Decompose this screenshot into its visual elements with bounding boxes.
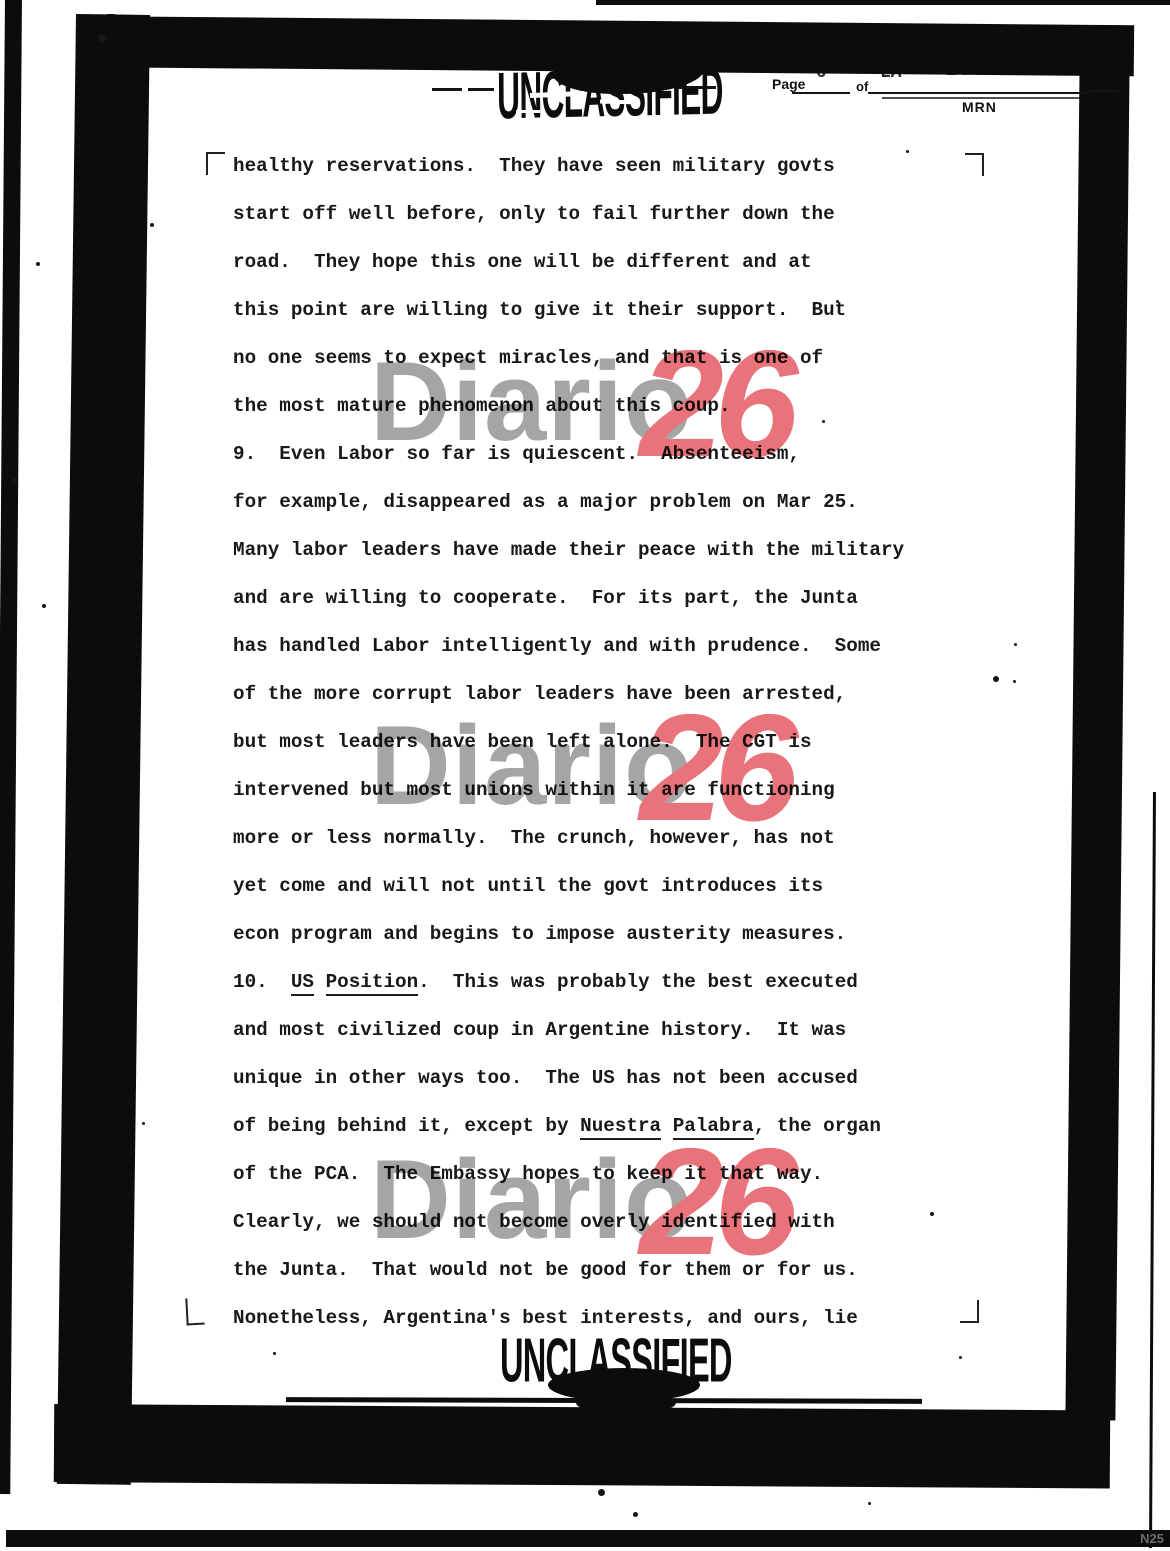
document-line: and are willing to cooperate. For its pa… (233, 574, 953, 622)
scan-speck (633, 1512, 638, 1517)
crop-mark-bottom-right (960, 1300, 979, 1323)
scan-border-right (1065, 25, 1130, 1420)
document-line: econ program and begins to impose auster… (233, 910, 953, 958)
scan-edge-stripe-left (0, 0, 22, 1494)
scan-border-bottom (54, 1404, 1110, 1488)
ink-blot (576, 1392, 676, 1414)
scan-edge-mark: N25 (1140, 1532, 1164, 1545)
scan-speck (930, 1212, 934, 1216)
page-number-blank-line (792, 92, 850, 94)
scan-bottom-bar: N25 (6, 1530, 1170, 1547)
scan-speck (36, 262, 40, 266)
document-line: has handled Labor intelligently and with… (233, 622, 953, 670)
document-line: start off well before, only to fail furt… (233, 190, 953, 238)
header-dash (468, 88, 494, 91)
document-line: unique in other ways too. The US has not… (233, 1054, 953, 1102)
document-line: of the PCA. The Embassy hopes to keep it… (233, 1150, 953, 1198)
scan-speck (42, 604, 46, 608)
crop-mark-top-right (965, 153, 984, 176)
scan-border-left (57, 14, 150, 1485)
document-line: no one seems to expect miracles, and tha… (233, 334, 953, 382)
document-line: intervened but most unions within it are… (233, 766, 953, 814)
scanned-document-page: N25 UNCLASSIFIED Page 6 of LA 2001 MRN h… (0, 0, 1170, 1551)
document-line: but most leaders have been left alone. T… (233, 718, 953, 766)
scan-right-edge-line (1149, 792, 1156, 1548)
document-body: healthy reservations. They have seen mil… (233, 142, 953, 1342)
scan-top-edge-line (596, 0, 1170, 5)
document-line: healthy reservations. They have seen mil… (233, 142, 953, 190)
crop-mark-bottom-left (185, 1298, 204, 1326)
document-line: more or less normally. The crunch, howev… (233, 814, 953, 862)
page-label: Page (772, 76, 805, 92)
of-label: of (856, 79, 868, 94)
document-line: this point are willing to give it their … (233, 286, 953, 334)
reference-blank-line (868, 92, 1086, 94)
document-line: Clearly, we should not become overly ide… (233, 1198, 953, 1246)
scan-speck (1013, 680, 1016, 683)
document-line: and most civilized coup in Argentine his… (233, 1006, 953, 1054)
document-line: 10. US Position. This was probably the b… (233, 958, 953, 1006)
document-line: for example, disappeared as a major prob… (233, 478, 953, 526)
crop-mark-top-left (206, 152, 225, 175)
scan-speck (142, 1122, 145, 1125)
mrn-label: MRN (962, 99, 997, 115)
document-line: the Junta. That would not be good for th… (233, 1246, 953, 1294)
document-line: yet come and will not until the govt int… (233, 862, 953, 910)
scan-speck (959, 1356, 962, 1359)
scan-speck (906, 150, 909, 153)
stamp-wear-streak (516, 110, 540, 113)
document-line: road. They hope this one will be differe… (233, 238, 953, 286)
header-dash (432, 88, 462, 91)
scan-speck (836, 300, 839, 303)
document-line: of being behind it, except by Nuestra Pa… (233, 1102, 953, 1150)
scan-speck (273, 1352, 276, 1355)
document-line: the most mature phenomenon about this co… (233, 382, 953, 430)
scan-speck (993, 676, 999, 682)
scan-speck (150, 223, 154, 227)
scan-speck (1014, 643, 1017, 646)
scan-speck (98, 34, 106, 42)
scan-speck (12, 478, 17, 483)
reference-blank-line-echo (882, 97, 1082, 99)
scan-speck (822, 420, 825, 423)
header-dash (1090, 90, 1118, 92)
scan-speck (868, 1502, 871, 1505)
document-line: 9. Even Labor so far is quiescent. Absen… (233, 430, 953, 478)
document-line: Many labor leaders have made their peace… (233, 526, 953, 574)
document-line: of the more corrupt labor leaders have b… (233, 670, 953, 718)
scan-speck (598, 1489, 605, 1496)
